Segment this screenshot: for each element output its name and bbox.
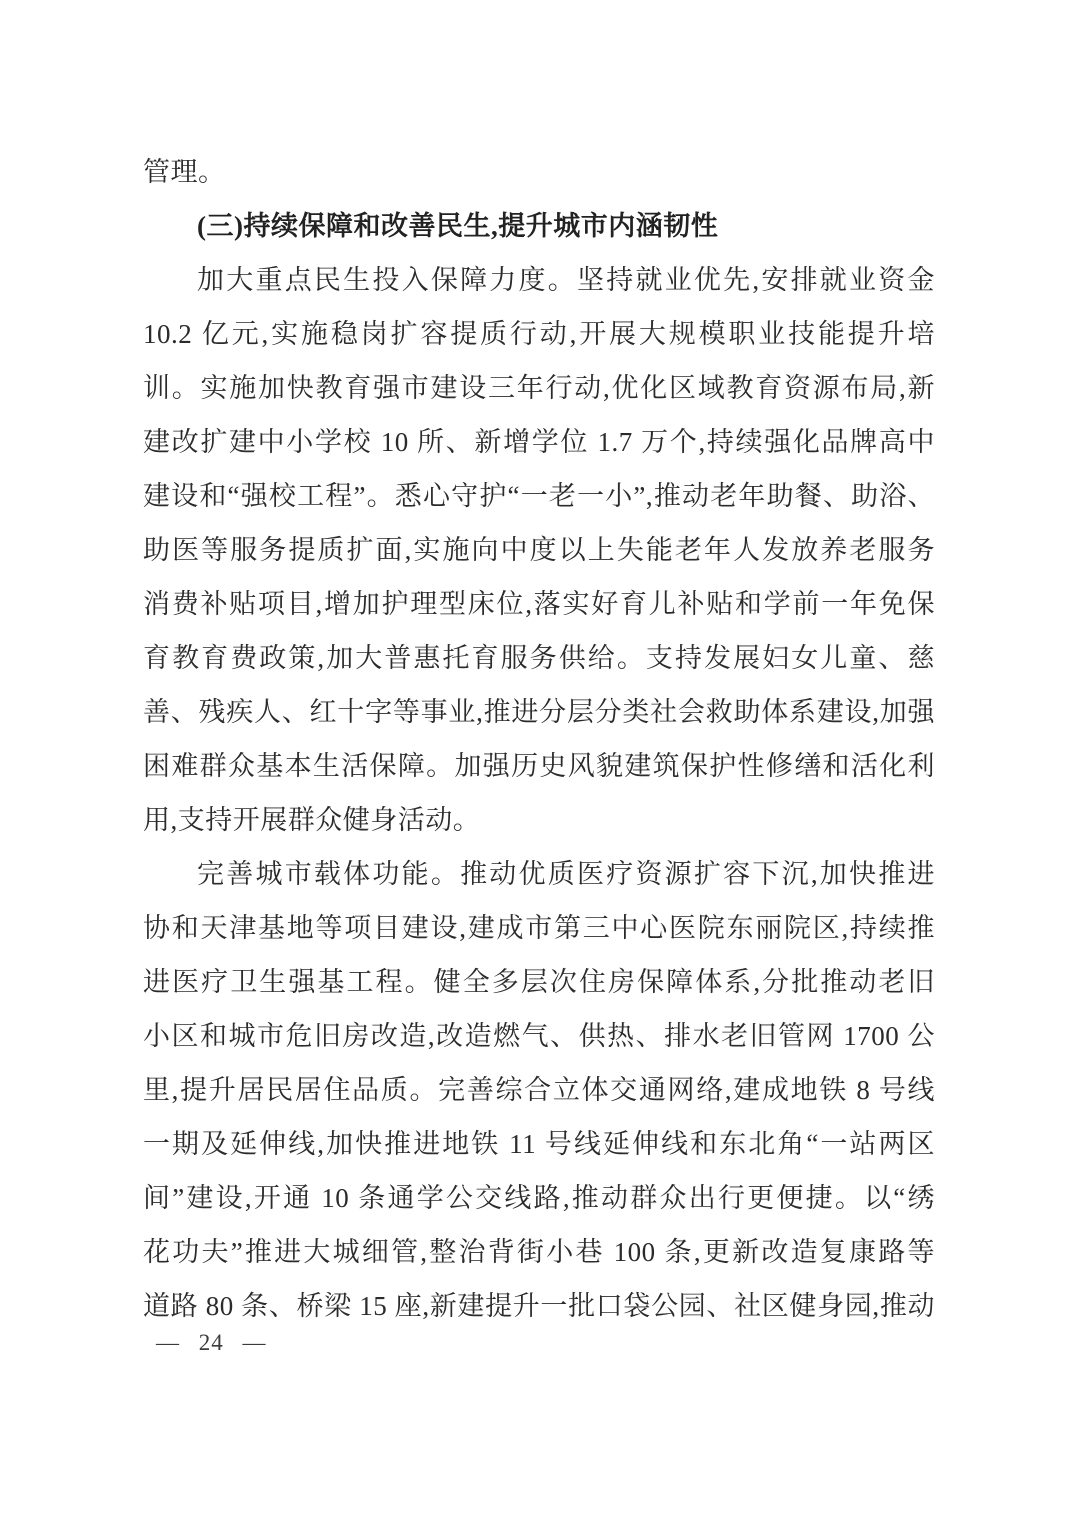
text-line: 建改扩建中小学校 10 所、新增学位 1.7 万个,持续强化品牌高中 — [143, 415, 935, 469]
text-line: 里,提升居民居住品质。完善综合立体交通网络,建成地铁 8 号线 — [143, 1063, 935, 1117]
text-line: 善、残疾人、红十字等事业,推进分层分类社会救助体系建设,加强 — [143, 685, 935, 739]
text-line: 困难群众基本生活保障。加强历史风貌建筑保护性修缮和活化利 — [143, 739, 935, 793]
page-footer: — 24 — — [156, 1330, 267, 1356]
document-text-block: 管理。(三)持续保障和改善民生,提升城市内涵韧性加大重点民生投入保障力度。坚持就… — [143, 145, 935, 1333]
text-line: 助医等服务提质扩面,实施向中度以上失能老年人发放养老服务 — [143, 523, 935, 577]
text-line: 建设和“强校工程”。悉心守护“一老一小”,推动老年助餐、助浴、 — [143, 469, 935, 523]
text-line: 训。实施加快教育强市建设三年行动,优化区域教育资源布局,新 — [143, 361, 935, 415]
section-heading-line: (三)持续保障和改善民生,提升城市内涵韧性 — [143, 199, 935, 253]
document-page: 管理。(三)持续保障和改善民生,提升城市内涵韧性加大重点民生投入保障力度。坚持就… — [0, 0, 1074, 1520]
text-line: 完善城市载体功能。推动优质医疗资源扩容下沉,加快推进 — [143, 847, 935, 901]
text-line: 管理。 — [143, 145, 935, 199]
text-line: 花功夫”推进大城细管,整治背街小巷 100 条,更新改造复康路等 — [143, 1225, 935, 1279]
text-line: 协和天津基地等项目建设,建成市第三中心医院东丽院区,持续推 — [143, 901, 935, 955]
text-line: 一期及延伸线,加快推进地铁 11 号线延伸线和东北角“一站两区 — [143, 1117, 935, 1171]
text-line: 消费补贴项目,增加护理型床位,落实好育儿补贴和学前一年免保 — [143, 577, 935, 631]
text-line: 道路 80 条、桥梁 15 座,新建提升一批口袋公园、社区健身园,推动 — [143, 1279, 935, 1333]
text-line: 进医疗卫生强基工程。健全多层次住房保障体系,分批推动老旧 — [143, 955, 935, 1009]
text-line: 育教育费政策,加大普惠托育服务供给。支持发展妇女儿童、慈 — [143, 631, 935, 685]
text-line: 小区和城市危旧房改造,改造燃气、供热、排水老旧管网 1700 公 — [143, 1009, 935, 1063]
text-line: 10.2 亿元,实施稳岗扩容提质行动,开展大规模职业技能提升培 — [143, 307, 935, 361]
text-line: 用,支持开展群众健身活动。 — [143, 793, 935, 847]
text-line: 加大重点民生投入保障力度。坚持就业优先,安排就业资金 — [143, 253, 935, 307]
page-number: — 24 — — [156, 1330, 267, 1355]
text-line: 间”建设,开通 10 条通学公交线路,推动群众出行更便捷。以“绣 — [143, 1171, 935, 1225]
